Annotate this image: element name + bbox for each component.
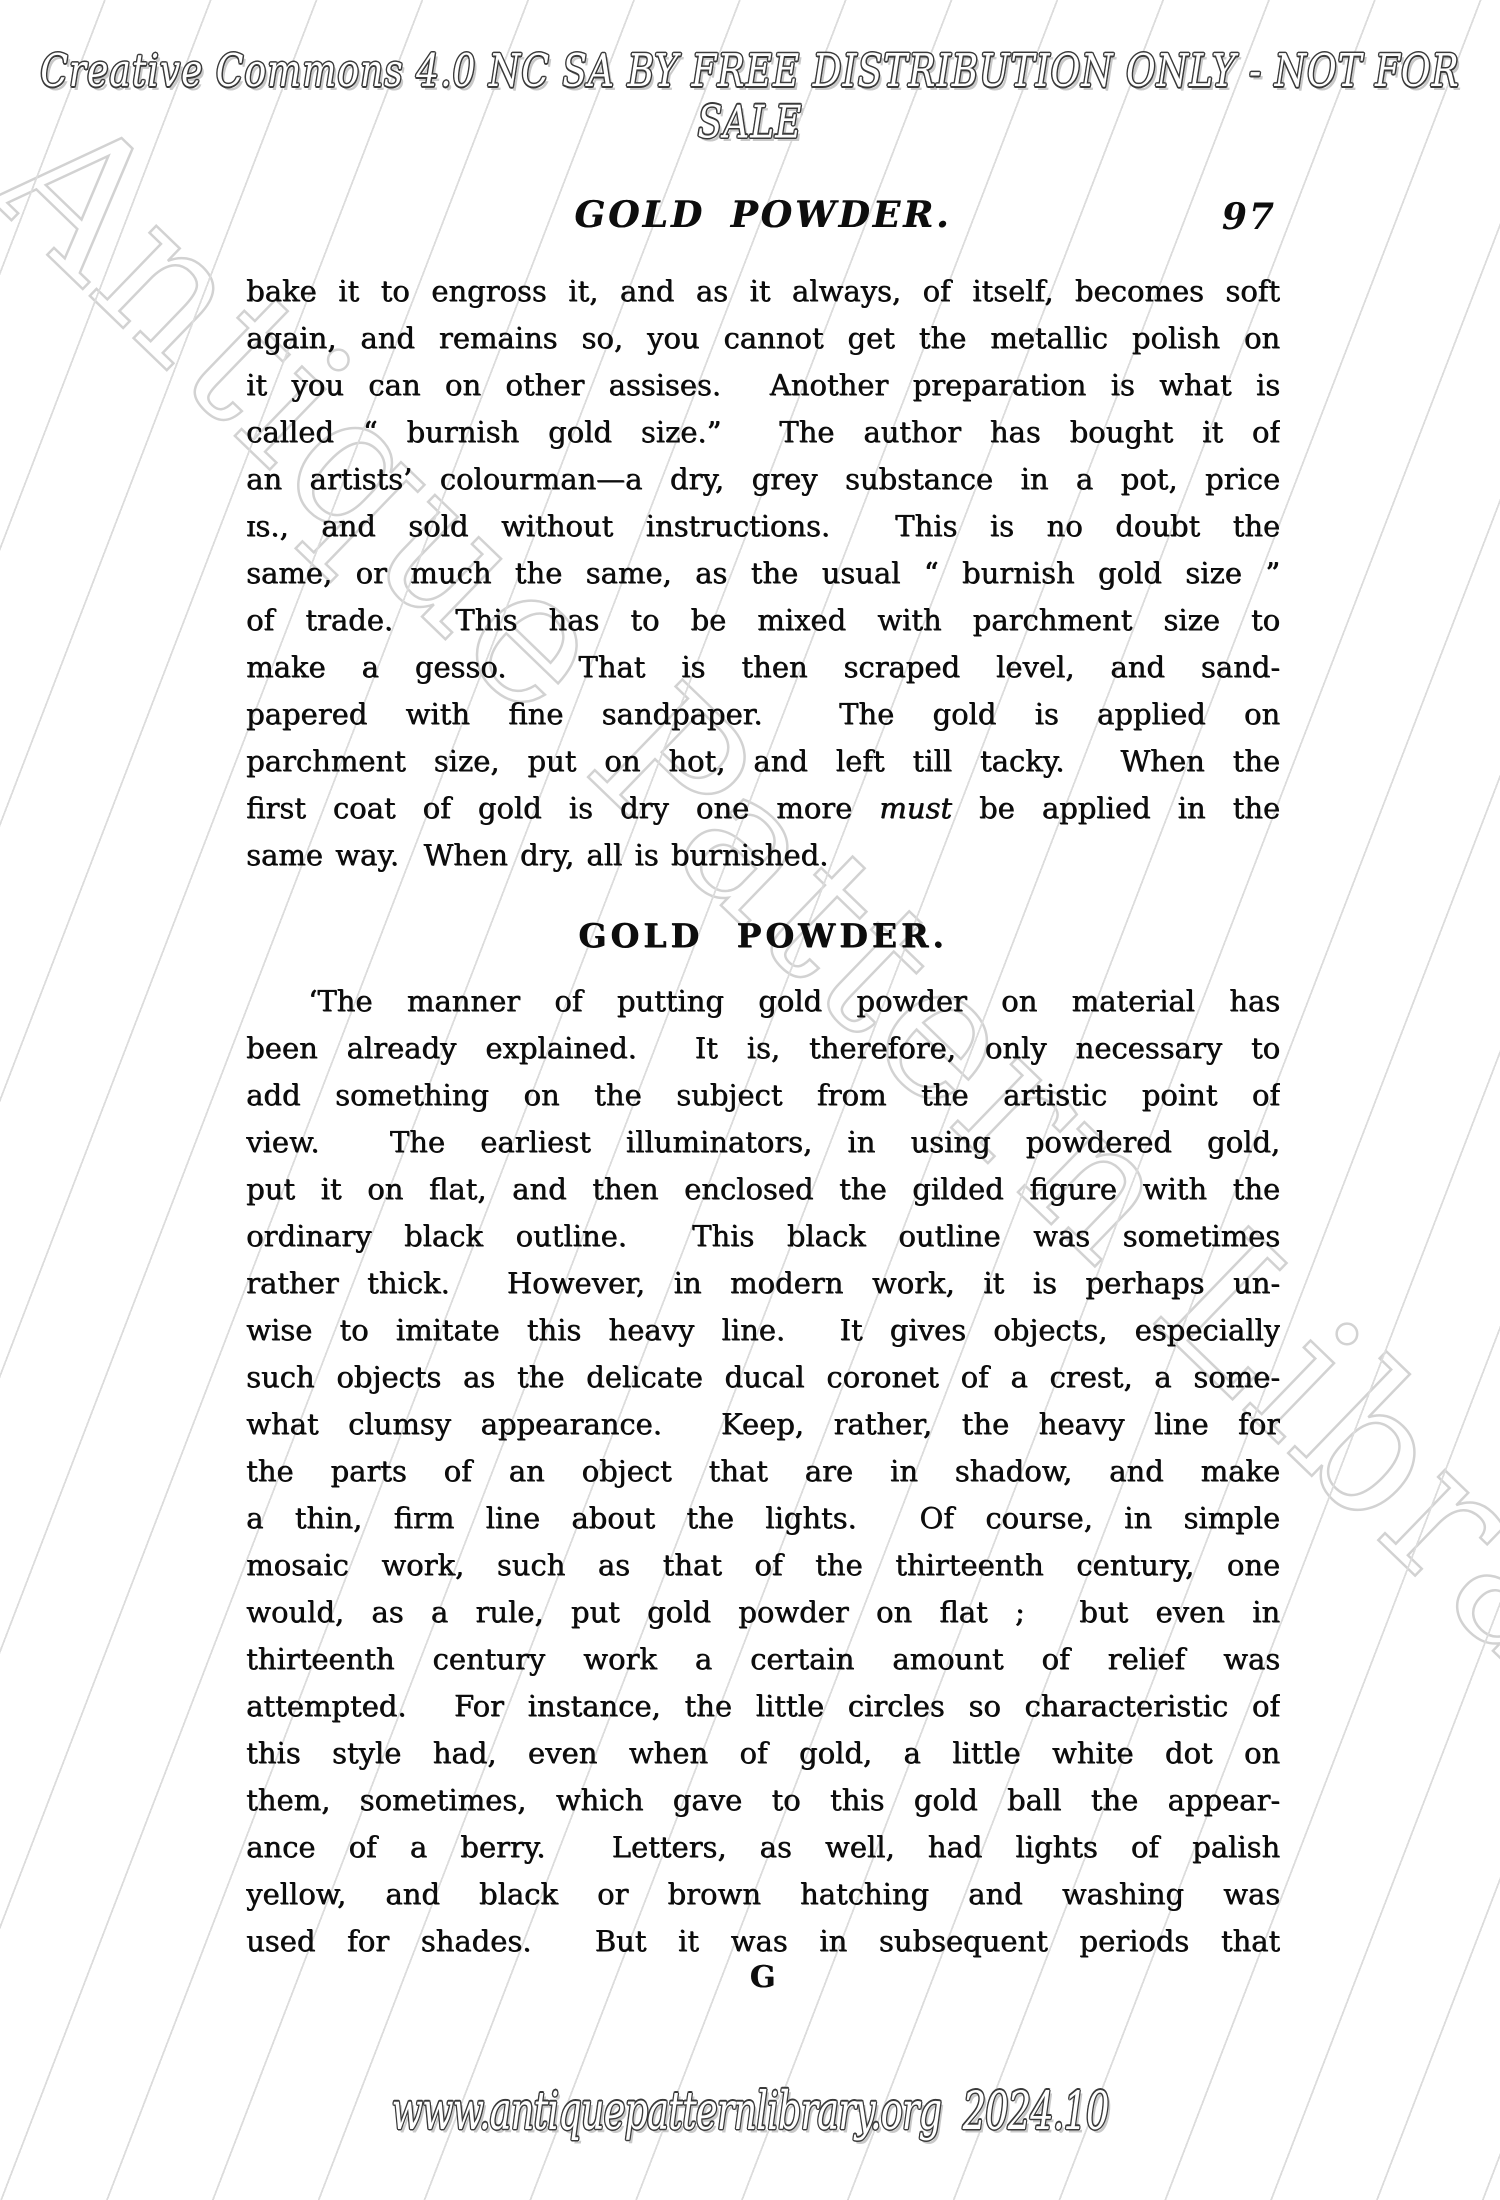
text-line: used for shades. But it was in subsequen…: [246, 1918, 1280, 1965]
text-line: ance of a berry. Letters, as well, had l…: [246, 1824, 1280, 1871]
text-line: would, as a rule, put gold powder on fla…: [246, 1589, 1280, 1636]
footer-credit: www.antiquepatternlibrary.org 2024.10: [60, 2082, 1440, 2142]
text-line: bake it to engross it, and as it always,…: [246, 268, 1280, 315]
text-line: rather thick. However, in modern work, i…: [246, 1260, 1280, 1307]
section-heading: GOLD POWDER.: [246, 916, 1280, 955]
page-content: Creative Commons 4.0 NC SA BY FREE DISTR…: [0, 0, 1500, 2200]
text-line: parchment size, put on hot, and left til…: [246, 738, 1280, 785]
text-line: a thin, firm line about the lights. Of c…: [246, 1495, 1280, 1542]
text-line: attempted. For instance, the little circ…: [246, 1683, 1280, 1730]
text-line: an artists’ colourman—a dry, grey substa…: [246, 456, 1280, 503]
text-line: ordinary black outline. This black outli…: [246, 1213, 1280, 1260]
running-header: GOLD POWDER. 97: [246, 194, 1280, 244]
text-line: thirteenth century work a certain amount…: [246, 1636, 1280, 1683]
text-line: papered with fine sandpaper. The gold is…: [246, 691, 1280, 738]
text-line: this style had, even when of gold, a lit…: [246, 1730, 1280, 1777]
text-line: first coat of gold is dry one more must …: [246, 785, 1280, 832]
text-line: put it on flat, and then enclosed the gi…: [246, 1166, 1280, 1213]
text-line: been already explained. It is, therefore…: [246, 1025, 1280, 1072]
text-line: ɪs., and sold without instructions. This…: [246, 503, 1280, 550]
text-line: ‘The manner of putting gold powder on ma…: [246, 978, 1280, 1025]
text-line: view. The earliest illuminators, in usin…: [246, 1119, 1280, 1166]
text-line: again, and remains so, you cannot get th…: [246, 315, 1280, 362]
text-line: make a gesso. That is then scraped level…: [246, 644, 1280, 691]
text-line: yellow, and black or brown hatching and …: [246, 1871, 1280, 1918]
license-notice: Creative Commons 4.0 NC SA BY FREE DISTR…: [0, 46, 1500, 149]
text-line: what clumsy appearance. Keep, rather, th…: [246, 1401, 1280, 1448]
paragraph-continued: bake it to engross it, and as it always,…: [246, 268, 1280, 879]
paragraph-gold-powder: ‘The manner of putting gold powder on ma…: [246, 978, 1280, 1965]
text-line: the parts of an object that are in shado…: [246, 1448, 1280, 1495]
page-number: 97: [1222, 196, 1276, 238]
text-line: called “ burnish gold size.” The author …: [246, 409, 1280, 456]
text-line: them, sometimes, which gave to this gold…: [246, 1777, 1280, 1824]
signature-mark: G: [246, 1960, 1280, 1995]
text-line: it you can on other assises. Another pre…: [246, 362, 1280, 409]
running-header-title: GOLD POWDER.: [246, 194, 1280, 236]
text-line: same way. When dry, all is burnished.: [246, 832, 1280, 879]
text-line: mosaic work, such as that of the thirtee…: [246, 1542, 1280, 1589]
text-line: of trade. This has to be mixed with parc…: [246, 597, 1280, 644]
text-line: add something on the subject from the ar…: [246, 1072, 1280, 1119]
text-line: wise to imitate this heavy line. It give…: [246, 1307, 1280, 1354]
text-line: such objects as the delicate ducal coron…: [246, 1354, 1280, 1401]
book-page-scan: Antique Pattern Library Creative Commons…: [0, 0, 1500, 2200]
text-line: same, or much the same, as the usual “ b…: [246, 550, 1280, 597]
